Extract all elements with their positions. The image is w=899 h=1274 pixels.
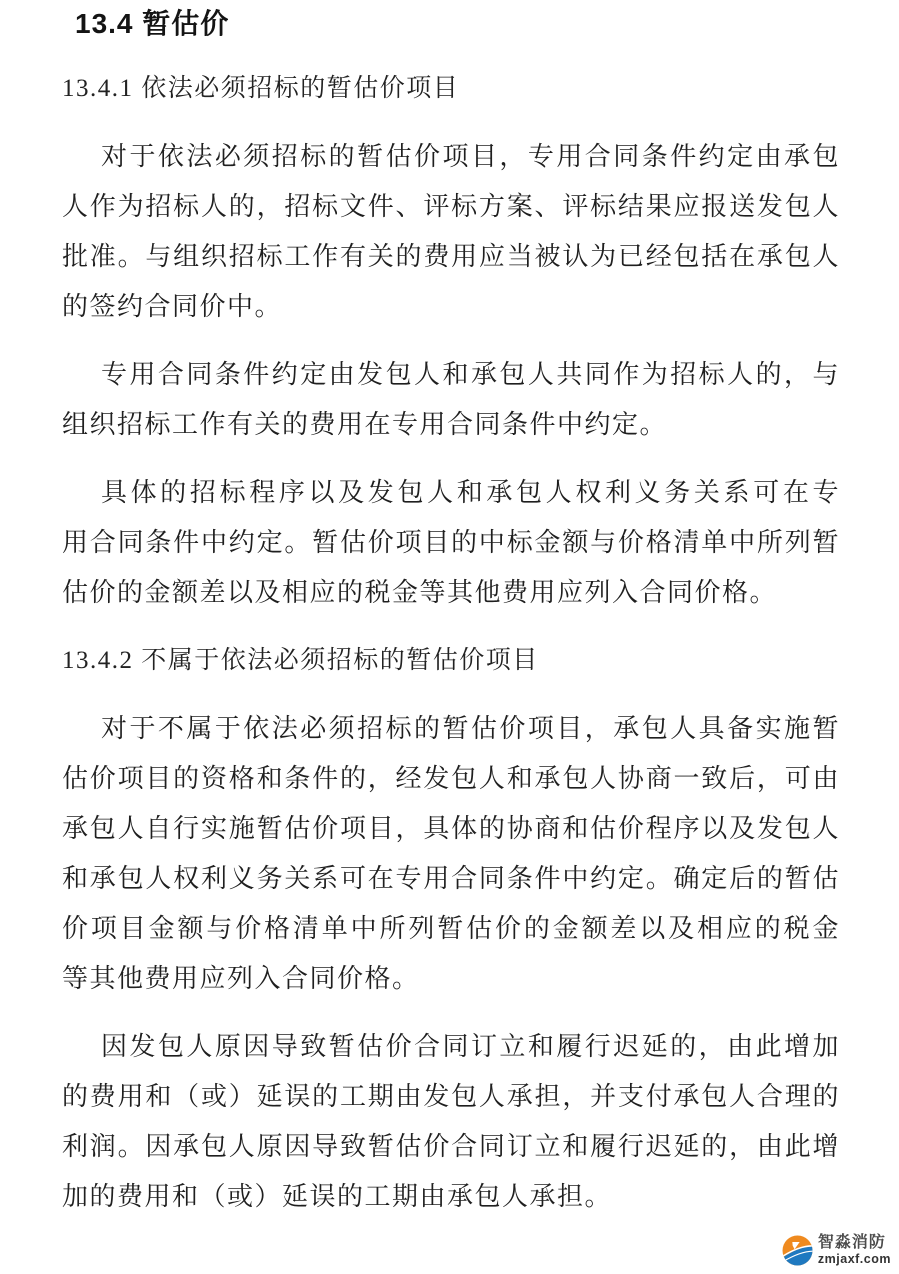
text-line: 估价的金额差以及相应的税金等其他费用应列入合同价格。 [62, 568, 840, 618]
subsection-13-4-2: 13.4.2 不属于依法必须招标的暂估价项目 对于不属于依法必须招标的暂估价项目… [62, 636, 840, 1222]
watermark-website: zmjaxf.com [818, 1253, 891, 1266]
paragraph: 具体的招标程序以及发包人和承包人权利义务关系可在专用合同条件中约定。暂估价项目的… [62, 468, 840, 618]
text-line: 因发包人原因导致暂估价合同订立和履行迟延的，由此增加 [62, 1022, 840, 1072]
text-line: 利润。因承包人原因导致暂估价合同订立和履行迟延的，由此增 [62, 1122, 840, 1172]
paragraph: 因发包人原因导致暂估价合同订立和履行迟延的，由此增加的费用和（或）延误的工期由发… [62, 1022, 840, 1222]
text-line: 的费用和（或）延误的工期由发包人承担，并支付承包人合理的 [62, 1072, 840, 1122]
paragraph: 对于依法必须招标的暂估价项目，专用合同条件约定由承包人作为招标人的，招标文件、评… [62, 132, 840, 332]
text-line: 专用合同条件约定由发包人和承包人共同作为招标人的，与 [62, 350, 840, 400]
text-line: 用合同条件中约定。暂估价项目的中标金额与价格清单中所列暂 [62, 518, 840, 568]
text-line: 价项目金额与价格清单中所列暂估价的金额差以及相应的税金 [62, 904, 840, 954]
text-line: 加的费用和（或）延误的工期由承包人承担。 [62, 1172, 840, 1222]
text-line: 承包人自行实施暂估价项目，具体的协商和估价程序以及发包人 [62, 804, 840, 854]
text-line: 批准。与组织招标工作有关的费用应当被认为已经包括在承包人 [62, 232, 840, 282]
subsection-heading-13-4-1: 13.4.1 依法必须招标的暂估价项目 [62, 64, 840, 114]
text-line: 和承包人权利义务关系可在专用合同条件中约定。确定后的暂估 [62, 854, 840, 904]
text-line: 对于依法必须招标的暂估价项目，专用合同条件约定由承包 [62, 132, 840, 182]
zhimiao-logo-icon [782, 1235, 813, 1266]
document-page: 13.4 暂估价 13.4.1 依法必须招标的暂估价项目 对于依法必须招标的暂估… [0, 0, 899, 1222]
subsection-heading-13-4-2: 13.4.2 不属于依法必须招标的暂估价项目 [62, 636, 840, 686]
paragraph: 专用合同条件约定由发包人和承包人共同作为招标人的，与组织招标工作有关的费用在专用… [62, 350, 840, 450]
watermark-text: 智淼消防 zmjaxf.com [818, 1235, 891, 1266]
watermark-brand-name: 智淼消防 [818, 1235, 891, 1251]
text-line: 人作为招标人的，招标文件、评标方案、评标结果应报送发包人 [62, 182, 840, 232]
text-line: 组织招标工作有关的费用在专用合同条件中约定。 [62, 400, 840, 450]
text-line: 具体的招标程序以及发包人和承包人权利义务关系可在专 [62, 468, 840, 518]
text-line: 对于不属于依法必须招标的暂估价项目，承包人具备实施暂 [62, 704, 840, 754]
watermark-logo: 智淼消防 zmjaxf.com [782, 1235, 891, 1266]
text-line: 估价项目的资格和条件的，经发包人和承包人协商一致后，可由 [62, 754, 840, 804]
paragraph: 对于不属于依法必须招标的暂估价项目，承包人具备实施暂估价项目的资格和条件的，经发… [62, 704, 840, 1004]
text-line: 等其他费用应列入合同价格。 [62, 954, 840, 1004]
subsection-13-4-1: 13.4.1 依法必须招标的暂估价项目 对于依法必须招标的暂估价项目，专用合同条… [62, 64, 840, 618]
section-title: 13.4 暂估价 [75, 2, 840, 46]
text-line: 的签约合同价中。 [62, 282, 840, 332]
